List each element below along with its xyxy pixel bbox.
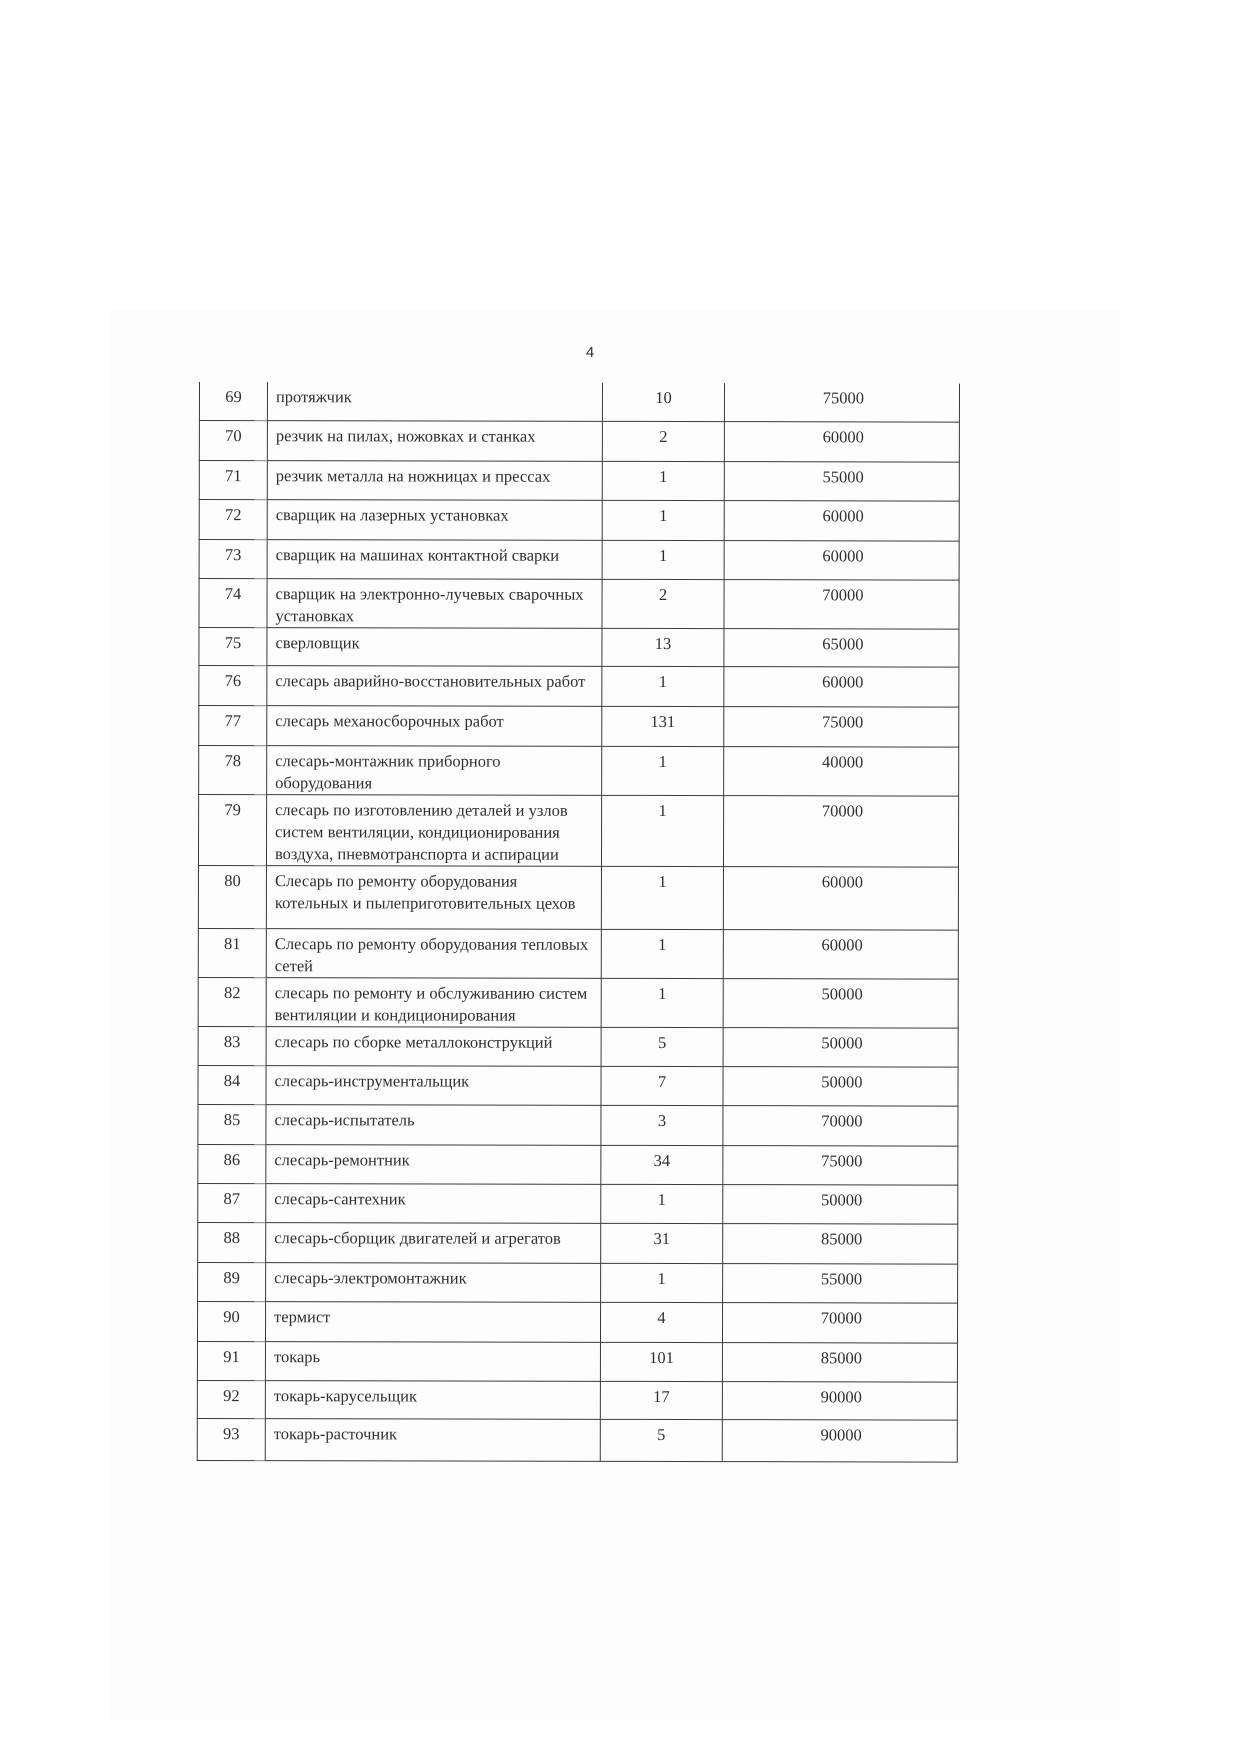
profession-name: токарь-карусельщик xyxy=(265,1380,600,1419)
row-number: 89 xyxy=(198,1262,266,1301)
row-number: 91 xyxy=(197,1341,265,1380)
table-row: 76 слесарь аварийно-восстановительных ра… xyxy=(199,665,959,707)
vacancy-count: 1 xyxy=(601,795,723,866)
row-number: 84 xyxy=(198,1065,266,1104)
profession-name: слесарь-сантехник xyxy=(266,1183,601,1223)
row-number: 74 xyxy=(199,578,267,627)
profession-name: слесарь аварийно-восстановительных работ xyxy=(267,665,602,706)
profession-name: слесарь-инструментальщик xyxy=(266,1065,601,1105)
table-row: 74 сварщик на электронно-лучевых сварочн… xyxy=(199,578,959,629)
vacancy-count: 2 xyxy=(602,579,724,628)
row-number: 92 xyxy=(197,1380,265,1418)
row-number: 70 xyxy=(199,420,267,460)
profession-name: сварщик на электронно-лучевых сварочных … xyxy=(267,578,602,628)
profession-name: сварщик на машинах контактной сварки xyxy=(267,539,602,579)
vacancy-count: 4 xyxy=(600,1302,722,1342)
salary: 75000 xyxy=(723,1145,958,1184)
vacancy-count: 34 xyxy=(601,1145,723,1184)
table-row: 80 Слесарь по ремонту оборудования котел… xyxy=(198,865,958,930)
row-number: 86 xyxy=(198,1144,266,1183)
table-row: 85 слесарь-испытатель 3 70000 xyxy=(198,1104,958,1146)
table-row: 90 термист 4 70000 xyxy=(197,1301,957,1343)
vacancy-count: 1 xyxy=(601,866,723,929)
vacancy-count: 31 xyxy=(601,1223,723,1263)
profession-name: слесарь по ремонту и обслуживанию систем… xyxy=(266,977,601,1027)
salary: 50000 xyxy=(723,1066,958,1105)
vacancy-count: 10 xyxy=(602,383,724,421)
profession-name: термист xyxy=(265,1301,600,1342)
profession-name: сварщик на лазерных установках xyxy=(267,499,602,540)
salary: 90000 xyxy=(722,1381,957,1419)
row-number: 83 xyxy=(198,1026,266,1065)
table-row: 86 слесарь-ремонтник 34 75000 xyxy=(198,1144,958,1185)
table-row: 72 сварщик на лазерных установках 1 6000… xyxy=(199,499,959,541)
salary: 85000 xyxy=(723,1223,958,1263)
salary: 70000 xyxy=(722,1302,957,1342)
row-number: 75 xyxy=(199,627,267,665)
table-row: 84 слесарь-инструментальщик 7 50000 xyxy=(198,1065,958,1106)
salary: 60000 xyxy=(723,929,958,978)
table-row: 71 резчик металла на ножницах и прессах … xyxy=(199,460,959,501)
profession-name: слесарь-сборщик двигателей и агрегатов xyxy=(266,1222,601,1263)
profession-name: протяжчик xyxy=(267,382,602,421)
vacancy-table-container: 69 протяжчик 10 75000 70 резчик на пилах… xyxy=(197,382,959,1462)
salary: 50000 xyxy=(723,978,958,1027)
row-number: 72 xyxy=(199,499,267,539)
table-row: 91 токарь 101 85000 xyxy=(197,1341,957,1382)
row-number: 79 xyxy=(198,794,266,865)
profession-name: резчик металла на ножницах и прессах xyxy=(267,460,602,500)
salary: 50000 xyxy=(723,1184,958,1223)
row-number: 81 xyxy=(198,928,266,977)
salary: 60000 xyxy=(724,666,959,706)
profession-name: токарь-расточник xyxy=(265,1418,600,1461)
vacancy-table: 69 протяжчик 10 75000 70 резчик на пилах… xyxy=(197,382,960,1462)
vacancy-count: 5 xyxy=(601,1027,723,1066)
vacancy-count: 1 xyxy=(602,540,724,579)
vacancy-count: 7 xyxy=(601,1066,723,1105)
salary: 65000 xyxy=(724,628,959,666)
row-number: 90 xyxy=(197,1301,265,1341)
salary: 85000 xyxy=(722,1342,957,1381)
table-row: 75 сверловщик 13 65000 xyxy=(199,627,959,667)
vacancy-count: 1 xyxy=(602,746,724,795)
row-number: 77 xyxy=(199,705,267,745)
table-row: 81 Слесарь по ремонту оборудования тепло… xyxy=(198,928,958,979)
profession-name: слесарь-электромонтажник xyxy=(266,1262,601,1302)
profession-name: Слесарь по ремонту оборудования тепловых… xyxy=(266,928,601,978)
salary: 70000 xyxy=(723,1105,958,1145)
row-number: 69 xyxy=(199,382,267,420)
table-row: 92 токарь-карусельщик 17 90000 xyxy=(197,1380,957,1420)
profession-name: слесарь-ремонтник xyxy=(266,1144,601,1184)
salary: 70000 xyxy=(723,795,958,866)
salary: 90000 xyxy=(722,1419,957,1461)
profession-name: слесарь механосборочных работ xyxy=(267,705,602,746)
row-number: 78 xyxy=(199,745,267,794)
salary: 60000 xyxy=(724,500,959,540)
vacancy-count: 17 xyxy=(600,1381,722,1419)
table-row: 70 резчик на пилах, ножовках и станках 2… xyxy=(199,420,959,462)
row-number: 80 xyxy=(198,865,266,928)
table-row: 78 слесарь-монтажник приборного оборудов… xyxy=(199,745,959,796)
row-number: 88 xyxy=(198,1222,266,1262)
salary: 75000 xyxy=(724,383,959,421)
salary: 55000 xyxy=(724,461,959,500)
vacancy-count: 5 xyxy=(600,1419,722,1461)
profession-name: сверловщик xyxy=(267,627,602,666)
vacancy-count: 1 xyxy=(602,461,724,500)
row-number: 82 xyxy=(198,977,266,1026)
profession-name: токарь xyxy=(265,1341,600,1381)
salary: 60000 xyxy=(724,421,959,461)
vacancy-table-body: 69 протяжчик 10 75000 70 резчик на пилах… xyxy=(197,382,959,1462)
row-number: 87 xyxy=(198,1183,266,1222)
vacancy-count: 1 xyxy=(601,978,723,1027)
profession-name: резчик на пилах, ножовках и станках xyxy=(267,420,602,461)
row-number: 76 xyxy=(199,665,267,705)
salary: 60000 xyxy=(723,866,958,929)
salary: 70000 xyxy=(724,579,959,628)
vacancy-count: 1 xyxy=(601,1184,723,1223)
salary: 60000 xyxy=(724,540,959,579)
vacancy-count: 101 xyxy=(600,1342,722,1381)
vacancy-count: 1 xyxy=(602,500,724,540)
table-row: 79 слесарь по изготовлению деталей и узл… xyxy=(198,794,958,867)
salary: 50000 xyxy=(723,1027,958,1066)
table-row: 93 токарь-расточник 5 90000 xyxy=(197,1418,957,1462)
table-row: 69 протяжчик 10 75000 xyxy=(199,382,959,422)
profession-name: слесарь-испытатель xyxy=(266,1104,601,1145)
vacancy-count: 3 xyxy=(601,1105,723,1145)
vacancy-count: 13 xyxy=(602,628,724,666)
vacancy-count: 1 xyxy=(601,929,723,978)
row-number: 73 xyxy=(199,539,267,578)
row-number: 85 xyxy=(198,1104,266,1144)
table-row: 82 слесарь по ремонту и обслуживанию сис… xyxy=(198,977,958,1028)
salary: 40000 xyxy=(724,746,959,795)
table-row: 83 слесарь по сборке металлоконструкций … xyxy=(198,1026,958,1067)
vacancy-count: 1 xyxy=(601,1263,723,1302)
table-row: 89 слесарь-электромонтажник 1 55000 xyxy=(198,1262,958,1303)
row-number: 71 xyxy=(199,460,267,499)
vacancy-count: 131 xyxy=(602,706,724,746)
page-number: 4 xyxy=(580,344,600,361)
table-row: 73 сварщик на машинах контактной сварки … xyxy=(199,539,959,580)
vacancy-count: 2 xyxy=(602,421,724,461)
table-row: 77 слесарь механосборочных работ 131 750… xyxy=(199,705,959,747)
profession-name: слесарь-монтажник приборного оборудовани… xyxy=(267,745,602,795)
row-number: 93 xyxy=(197,1418,265,1460)
table-row: 87 слесарь-сантехник 1 50000 xyxy=(198,1183,958,1224)
profession-name: слесарь по сборке металлоконструкций xyxy=(266,1026,601,1066)
salary: 55000 xyxy=(723,1263,958,1302)
table-row: 88 слесарь-сборщик двигателей и агрегато… xyxy=(198,1222,958,1264)
profession-name: Слесарь по ремонту оборудования котельны… xyxy=(266,865,601,929)
salary: 75000 xyxy=(724,706,959,746)
vacancy-count: 1 xyxy=(602,666,724,706)
profession-name: слесарь по изготовлению деталей и узлов … xyxy=(266,794,601,866)
